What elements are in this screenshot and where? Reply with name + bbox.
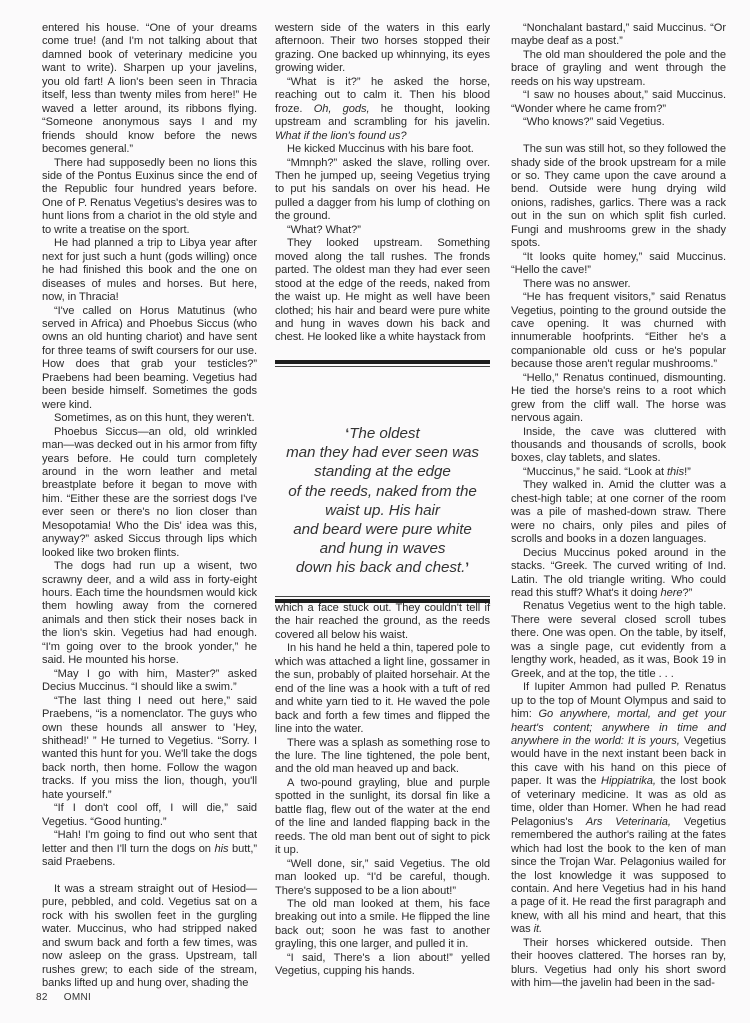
emphasis: Oh, gods, xyxy=(314,103,370,115)
paragraph: “I've called on Horus Matutinus (who ser… xyxy=(42,305,257,413)
paragraph: The old man shouldered the pole and the … xyxy=(511,49,726,89)
paragraph: They looked upstream. Something moved al… xyxy=(275,237,490,345)
pull-quote-line: of the reeds, naked from the xyxy=(288,483,477,500)
rule-thin xyxy=(275,596,490,597)
pull-quote-line: man they had ever seen was xyxy=(286,444,479,461)
pull-quote-line: and beard were pure white xyxy=(293,521,472,538)
paragraph: He had planned a trip to Libya year afte… xyxy=(42,237,257,304)
paragraph: “What is it?” he asked the horse, reachi… xyxy=(275,76,490,143)
paragraph: “The last thing I need out here,” said P… xyxy=(42,695,257,803)
paragraph: “Hah! I'm going to find out who sent tha… xyxy=(42,829,257,869)
paragraph: The old man looked at them, his face bre… xyxy=(275,898,490,952)
paragraph: “I saw no houses about,” said Muccinus. … xyxy=(511,89,726,116)
paragraph: There had supposedly been no lions this … xyxy=(42,157,257,238)
text-column-1: entered his house. “One of your dreams c… xyxy=(42,22,257,991)
paragraph: “Who knows?” said Vegetius. xyxy=(511,116,726,129)
paragraph: The dogs had run up a wisent, two scrawn… xyxy=(42,560,257,668)
text-run: !” xyxy=(684,466,691,478)
paragraph: “May I go with him, Master?” asked Deciu… xyxy=(42,668,257,695)
paragraph: “I said, There's a lion about!” yelled V… xyxy=(275,952,490,979)
text-run: Vegetius remembered the author's railing… xyxy=(511,816,726,936)
rule-thin xyxy=(275,366,490,367)
paragraph: There was a splash as something rose to … xyxy=(275,737,490,777)
paragraph: A two-pound grayling, blue and purple sp… xyxy=(275,777,490,858)
text-run: “Muccinus,” he said. “Look at xyxy=(523,466,667,478)
text-run: ?” xyxy=(683,587,693,599)
paragraph: Decius Muccinus poked around in the stac… xyxy=(511,547,726,601)
paragraph: Their horses whickered outside. Then the… xyxy=(511,937,726,991)
paragraph: The sun was still hot, so they followed … xyxy=(511,143,726,251)
paragraph: In his hand he held a thin, tapered pole… xyxy=(275,642,490,736)
pull-quote: ‘The oldest man they had ever seen was s… xyxy=(275,424,490,578)
paragraph: It was a stream straight out of Hesiod—p… xyxy=(42,883,257,991)
paragraph: He kicked Muccinus with his bare foot. xyxy=(275,143,490,156)
emphasis: this xyxy=(667,466,684,478)
pull-quote-line: waist up. His hair xyxy=(325,502,440,519)
pull-quote-rule-top xyxy=(275,360,490,369)
magazine-name: OMNI xyxy=(64,992,91,1003)
paragraph: “Nonchalant bastard,” said Muccinus. “Or… xyxy=(511,22,726,49)
paragraph: They walked in. Amid the clutter was a c… xyxy=(511,479,726,546)
emphasis: Ars Veterinaria, xyxy=(586,816,671,828)
paragraph: “If I don't cool off, I will die,” said … xyxy=(42,802,257,829)
paragraph: “It looks quite homey,” said Muccinus. “… xyxy=(511,251,726,278)
paragraph: “What? What?” xyxy=(275,224,490,237)
page-footer: 82OMNI xyxy=(36,992,91,1003)
emphasis: here xyxy=(661,587,683,599)
text-column-3: “Nonchalant bastard,” said Muccinus. “Or… xyxy=(511,22,726,991)
close-quote-mark-icon: ’ xyxy=(465,559,469,575)
text-run: Decius Muccinus poked around in the stac… xyxy=(511,547,726,599)
pull-quote-line: standing at the edge xyxy=(314,463,451,480)
paragraph: “Muccinus,” he said. “Look at this!” xyxy=(511,466,726,479)
paragraph: entered his house. “One of your dreams c… xyxy=(42,22,257,157)
magazine-page: entered his house. “One of your dreams c… xyxy=(0,0,750,1023)
pull-quote-line: down his back and chest. xyxy=(296,559,465,576)
text-column-2: western side of the waters in this early… xyxy=(275,22,490,345)
paragraph: Phoebus Siccus—an old, old wrinkled man—… xyxy=(42,426,257,561)
paragraph: If Iupiter Ammon had pulled P. Renatus u… xyxy=(511,681,726,937)
emphasis: it. xyxy=(534,923,542,935)
paragraph: Sometimes, as on this hunt, they weren't… xyxy=(42,412,257,425)
paragraph: “Mmnph?” asked the slave, rolling over. … xyxy=(275,157,490,224)
paragraph: “Hello,” Renatus continued, dismounting.… xyxy=(511,372,726,426)
paragraph: western side of the waters in this early… xyxy=(275,22,490,76)
rule-thick xyxy=(275,360,490,364)
paragraph: There was no answer. xyxy=(511,278,726,291)
pull-quote-line: and hung in waves xyxy=(320,540,446,557)
emphasis: Hippiatrika, xyxy=(601,775,656,787)
paragraph: Renatus Vegetius went to the high table.… xyxy=(511,600,726,681)
paragraph: “Well done, sir,” said Vegetius. The old… xyxy=(275,858,490,898)
pull-quote-line: The oldest xyxy=(349,425,419,442)
paragraph: which a face stuck out. They couldn't te… xyxy=(275,602,490,642)
emphasis: his xyxy=(214,843,228,855)
paragraph: Inside, the cave was cluttered with thou… xyxy=(511,426,726,466)
emphasis: What if the lion's found us? xyxy=(275,130,406,142)
page-number: 82 xyxy=(36,992,48,1003)
paragraph: “He has frequent visitors,” said Renatus… xyxy=(511,291,726,372)
text-column-2-continued: which a face stuck out. They couldn't te… xyxy=(275,602,490,979)
